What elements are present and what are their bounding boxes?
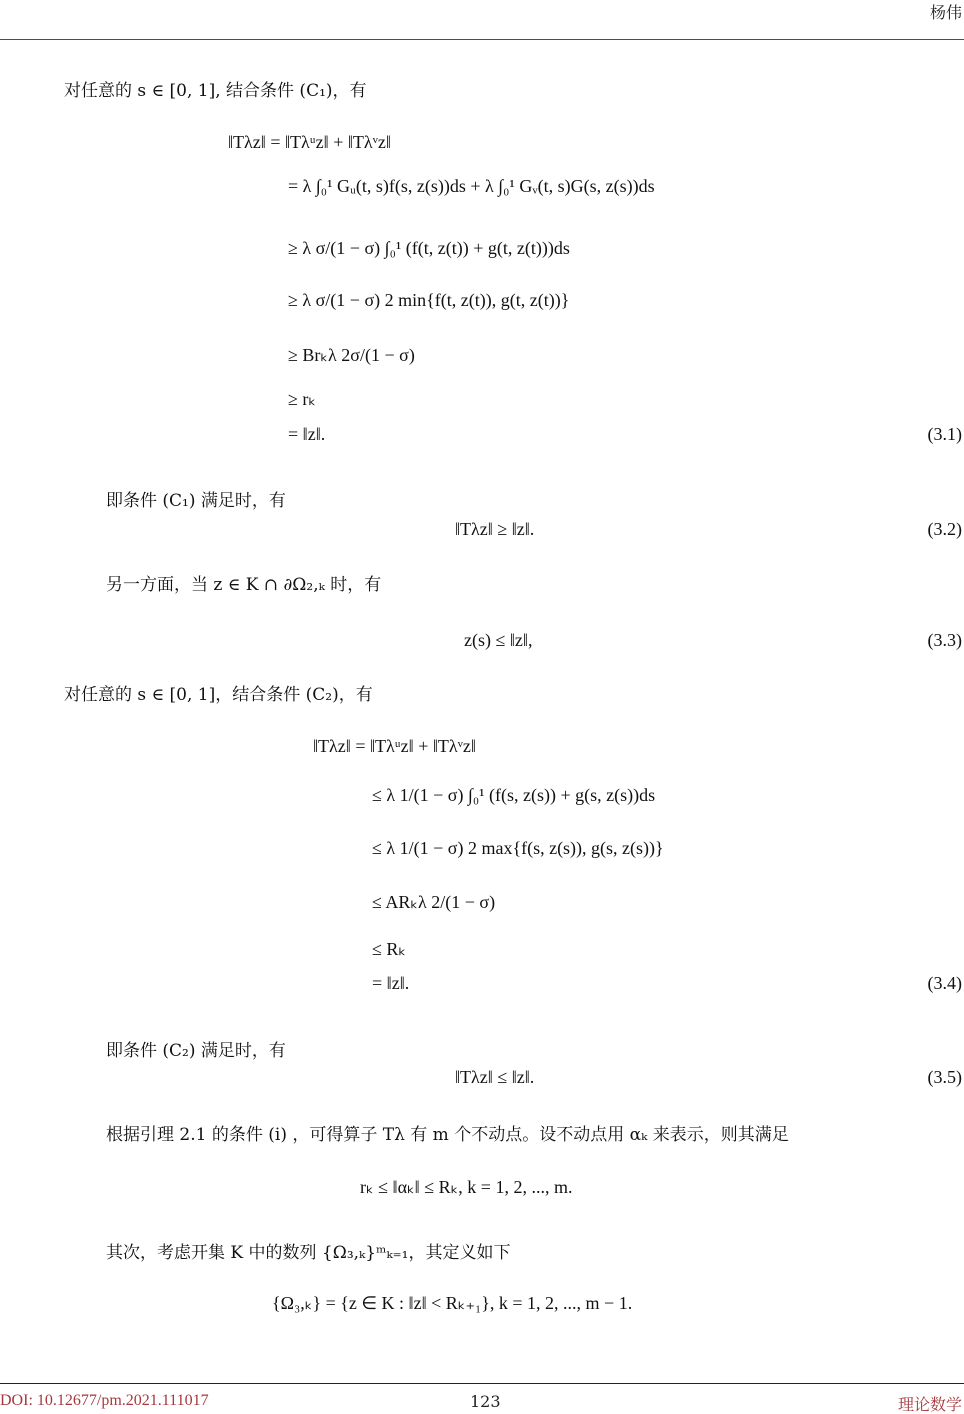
footer-journal-name[interactable]: 理论数学 [898, 1392, 962, 1414]
footer-page-number: 123 [470, 1392, 501, 1411]
footer-doi-link[interactable]: DOI: 10.12677/pm.2021.111017 [0, 1392, 209, 1410]
equation-number-3-3: (3.3) [928, 630, 963, 651]
equation-number-3-1: (3.1) [928, 424, 963, 445]
equation-number-3-5: (3.5) [928, 1067, 963, 1088]
footer-divider [0, 1383, 964, 1384]
paragraph-lemma-2-1: 根据引理 2.1 的条件 (i) ，可得算子 Tλ 有 m 个不动点。设不动点用… [106, 1120, 789, 1145]
eq31-line-6: ≥ rₖ [288, 389, 316, 410]
running-header-author: 杨伟 [930, 0, 962, 23]
eq31-line-5: ≥ Brₖλ 2σ/(1 − σ) [288, 345, 415, 366]
paragraph-condition-c1: 对任意的 s ∈ [0, 1], 结合条件 (C₁)，有 [64, 76, 367, 101]
equation-number-3-2: (3.2) [928, 519, 963, 540]
equation-3-3: z(s) ≤ ‖z‖, [464, 630, 532, 651]
eq34-line-6: = ‖z‖. [372, 973, 409, 994]
paragraph-condition-c2: 对任意的 s ∈ [0, 1]，结合条件 (C₂)，有 [64, 680, 373, 705]
eq31-line-2: = λ ∫₀¹ Gᵤ(t, s)f(s, z(s))ds + λ ∫₀¹ Gᵥ(… [288, 176, 655, 197]
eq34-line-5: ≤ Rₖ [372, 939, 406, 960]
paragraph-c1-satisfied: 即条件 (C₁) 满足时，有 [106, 486, 286, 511]
eq34-line-1: ‖Tλz‖ = ‖Tλᵘz‖ + ‖Tλᵛz‖ [313, 736, 476, 757]
equation-fixed-point-bounds: rₖ ≤ ‖αₖ‖ ≤ Rₖ, k = 1, 2, ..., m. [360, 1177, 572, 1198]
paragraph-open-sets: 其次，考虑开集 K 中的数列 {Ω₃,ₖ}ᵐₖ₌₁，其定义如下 [106, 1238, 510, 1263]
paragraph-other-hand: 另一方面，当 z ∈ K ∩ ∂Ω₂,ₖ 时，有 [106, 570, 381, 595]
equation-number-3-4: (3.4) [928, 973, 963, 994]
header-divider [0, 39, 964, 40]
eq31-line-4: ≥ λ σ/(1 − σ) 2 min{f(t, z(t)), g(t, z(t… [288, 290, 569, 311]
equation-3-5: ‖Tλz‖ ≤ ‖z‖. [455, 1067, 534, 1088]
eq34-line-4: ≤ ARₖλ 2/(1 − σ) [372, 892, 495, 913]
paragraph-c2-satisfied: 即条件 (C₂) 满足时，有 [106, 1036, 286, 1061]
equation-3-2: ‖Tλz‖ ≥ ‖z‖. [455, 519, 534, 540]
eq31-line-3: ≥ λ σ/(1 − σ) ∫₀¹ (f(t, z(t)) + g(t, z(t… [288, 238, 570, 259]
eq31-line-1: ‖Tλz‖ = ‖Tλᵘz‖ + ‖Tλᵛz‖ [228, 132, 391, 153]
eq34-line-3: ≤ λ 1/(1 − σ) 2 max{f(s, z(s)), g(s, z(s… [372, 838, 664, 859]
eq31-line-7: = ‖z‖. [288, 424, 325, 445]
equation-omega3-definition: {Ω₃,ₖ} = {z ∈ K : ‖z‖ < Rₖ₊₁}, k = 1, 2,… [272, 1293, 632, 1314]
eq34-line-2: ≤ λ 1/(1 − σ) ∫₀¹ (f(s, z(s)) + g(s, z(s… [372, 785, 655, 806]
